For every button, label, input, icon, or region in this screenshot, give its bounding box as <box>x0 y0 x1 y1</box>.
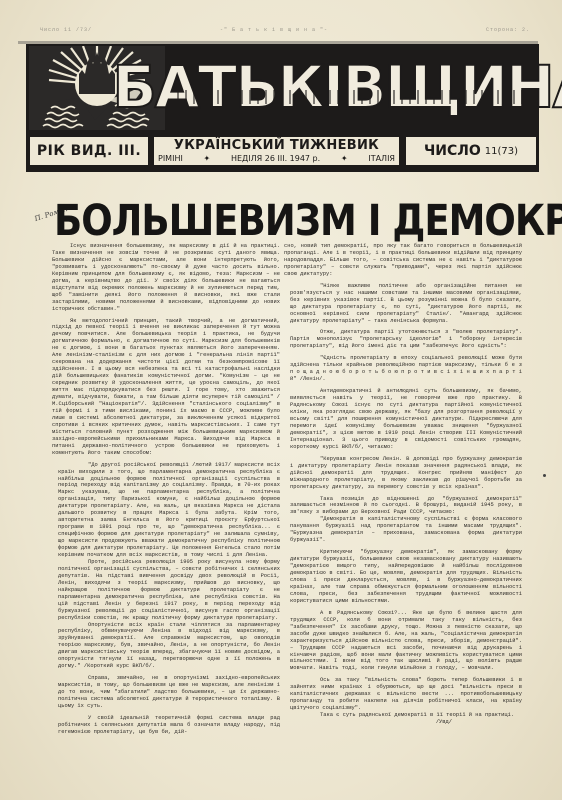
issue-number-label: ЧИСЛО <box>424 143 481 159</box>
article-paragraph: Така є суть радянської демократії в її т… <box>284 712 522 719</box>
dateline-place: РІМІНІ <box>158 154 183 163</box>
article-paragraph: Критикуючи "буржуазну демократію", як за… <box>284 549 522 605</box>
dateline-date: НЕДІЛЯ 26 III. 1947 р. <box>231 154 320 163</box>
article-paragraph: А в Радянському Союзі?... Яке це було б … <box>284 610 522 673</box>
dateline: РІМІНІ ✦ НЕДІЛЯ 26 III. 1947 р. ✦ ІТАЛІЯ <box>154 154 399 163</box>
dateline-star-icon: ✦ <box>341 154 348 163</box>
article-paragraph: "Єдність пролетаріату в епоху соціальної… <box>284 355 522 383</box>
article-paragraph: сно, новий тип демократії, про яку так б… <box>284 243 522 278</box>
article-paragraph: "Керував конгресом Ленін. В доповіді про… <box>284 456 522 491</box>
masthead: Батьківщина РІК ВИД. III. УКРАЇНСЬКИЙ ТИ… <box>26 44 539 172</box>
article-paragraph: Отже, диктатура партії утотожнюється з "… <box>284 329 522 350</box>
dateline-star-icon: ✦ <box>204 154 211 163</box>
article-paragraph: Опортуністи всіх країн стали чіплятися з… <box>52 622 280 671</box>
article-left-column: Існує визначення большевизму, як марксиз… <box>52 243 280 736</box>
masthead-title-box: Батьківщина <box>171 48 537 128</box>
article-paragraph: Ось за таку "вільність слова" борють теп… <box>284 677 522 712</box>
article-headline: БОЛЬШЕВИЗМ І ДЕМОКРАТІЯ <box>54 196 524 247</box>
article-paragraph: Проте, російська революція 1905 року вис… <box>52 559 280 622</box>
article-paragraph: Як методологічний принцип, такий творчий… <box>52 318 280 457</box>
article-paragraph: Справа, звичайно, не в опортунізмі захід… <box>52 675 280 710</box>
article-paragraph: У своїй ідеальній теоретичній формі сист… <box>52 715 280 736</box>
page-reference: Сторона: 2. <box>486 27 530 33</box>
article-paragraph: Антидемократичні й антилюдяні суть больш… <box>284 388 522 451</box>
weekly-subtitle: УКРАЇНСЬКИЙ ТИЖНЕВИК <box>154 138 399 153</box>
newspaper-title: Батьківщина <box>173 52 535 122</box>
masthead-subtitle-box: УКРАЇНСЬКИЙ ТИЖНЕВИК РІМІНІ ✦ НЕДІЛЯ 26 … <box>154 137 399 165</box>
newspaper-page: Число 11 /73/ -" Б а т ь к і в щ и н а "… <box>0 0 562 800</box>
margin-mark <box>543 474 546 477</box>
dateline-country: ІТАЛІЯ <box>368 154 395 163</box>
masthead-info-bar: РІК ВИД. III. УКРАЇНСЬКИЙ ТИЖНЕВИК РІМІН… <box>26 132 539 172</box>
running-header: Число 11 /73/ -" Б а т ь к і в щ и н а "… <box>20 27 530 37</box>
article-paragraph: Така позиція до відношенні до "буржуазно… <box>284 496 522 517</box>
paper-name-header: -" Б а т ь к і в щ и н а "- <box>220 27 328 33</box>
article-paragraph: Існує визначення большевизму, як марксиз… <box>52 243 280 313</box>
issue-reference: Число 11 /73/ <box>40 27 92 33</box>
issue-number-box: ЧИСЛО 11(73) <box>406 137 536 165</box>
article-paragraph: "Демократія в капіталістичному суспільст… <box>284 516 522 544</box>
article-paragraph: "Ніяке важливе політичне або організацій… <box>284 283 522 325</box>
article-paragraph: "До другої російської революції /лютий 1… <box>52 462 280 559</box>
author-signature: /Увд/ <box>284 719 522 726</box>
article-right-column: сно, новий тип демократії, про яку так б… <box>284 243 522 726</box>
issue-number-value: 11(73) <box>485 146 518 157</box>
publication-year: РІК ВИД. III. <box>30 137 148 165</box>
